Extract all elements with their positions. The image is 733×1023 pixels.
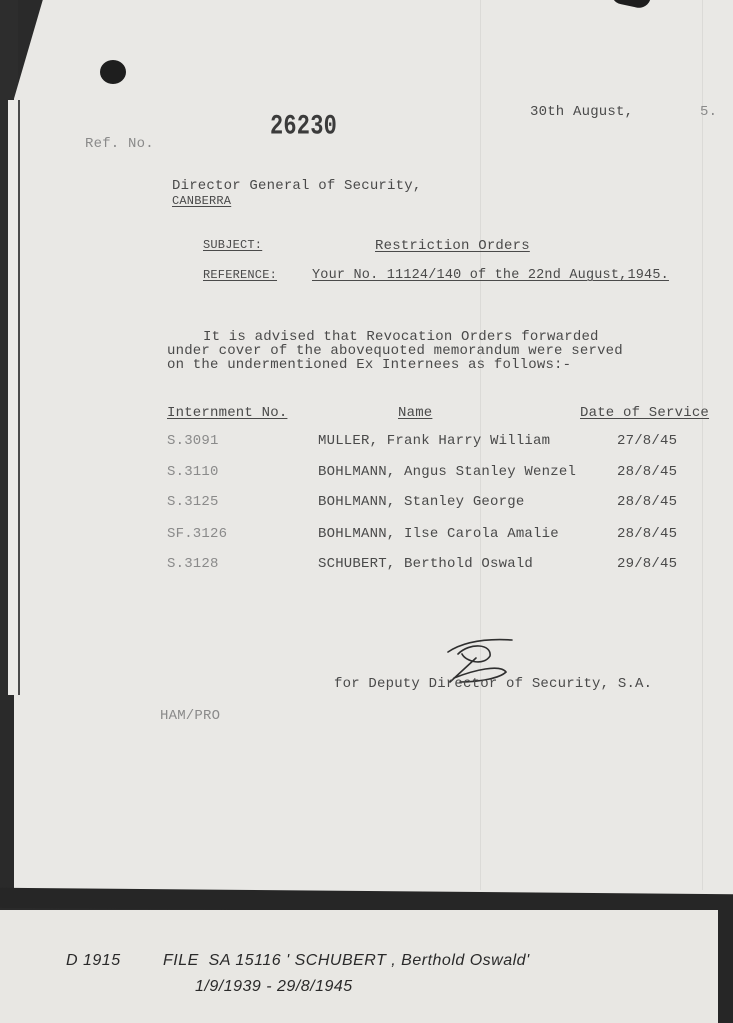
col-header-date: Date of Service (580, 405, 709, 421)
row-3-date: 28/8/45 (617, 494, 677, 510)
row-1-date: 27/8/45 (617, 433, 677, 449)
signature-block: for Deputy Director of Security, S.A. (334, 676, 652, 692)
scan-line (702, 0, 703, 890)
row-3-internment-no: S.3125 (167, 494, 219, 510)
file-note-dates: 1/9/1939 - 29/8/1945 (195, 978, 353, 996)
row-5-date: 29/8/45 (617, 556, 677, 572)
ref-label: Ref. No. (85, 136, 154, 152)
page-edge (8, 100, 20, 695)
row-4-name: BOHLMANN, Ilse Carola Amalie (318, 526, 559, 542)
col-header-internment-no: Internment No. (167, 405, 287, 421)
typist-initials: HAM/PRO (160, 708, 220, 724)
letter-year: 5. (700, 104, 717, 120)
addressee-line1: Director General of Security, (172, 178, 421, 194)
punch-hole (100, 60, 126, 84)
row-4-internment-no: SF.3126 (167, 526, 227, 542)
col-header-name: Name (398, 405, 432, 421)
file-note-file: FILE SA 15116 ' SCHUBERT , Berthold Oswa… (163, 952, 530, 970)
file-note-id: D 1915 (66, 952, 121, 970)
row-2-internment-no: S.3110 (167, 464, 219, 480)
row-1-internment-no: S.3091 (167, 433, 219, 449)
subject-label: SUBJECT: (203, 238, 262, 252)
row-1-name: MULLER, Frank Harry William (318, 433, 550, 449)
row-3-name: BOHLMANN, Stanley George (318, 494, 524, 510)
addressee-line2: CANBERRA (172, 194, 231, 208)
reference-label: REFERENCE: (203, 268, 277, 282)
row-4-date: 28/8/45 (617, 526, 677, 542)
letter-date: 30th August, (530, 104, 633, 120)
subject-value: Restriction Orders (375, 238, 530, 254)
row-5-internment-no: S.3128 (167, 556, 219, 572)
reference-number: 26230 (270, 111, 337, 142)
row-2-date: 28/8/45 (617, 464, 677, 480)
reference-value: Your No. 11124/140 of the 22nd August,19… (312, 268, 669, 283)
row-2-name: BOHLMANN, Angus Stanley Wenzel (318, 464, 576, 480)
body-line-3: on the undermentioned Ex Internees as fo… (167, 357, 571, 373)
row-5-name: SCHUBERT, Berthold Oswald (318, 556, 533, 572)
scan-background (718, 900, 733, 1023)
